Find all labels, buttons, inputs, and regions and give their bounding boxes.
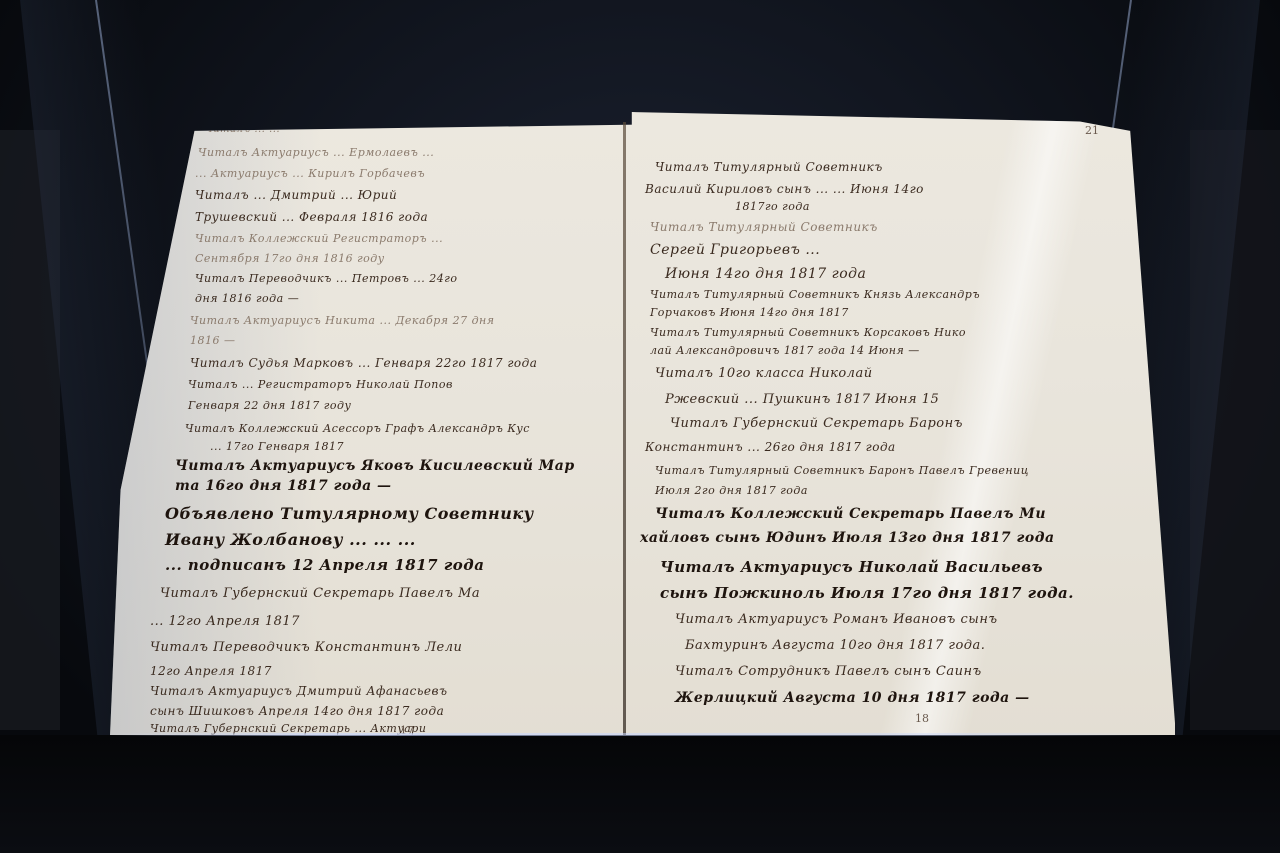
handwritten-line: сынъ Пожкиноль Июля 17го дня 1817 года. (660, 584, 1074, 602)
left-page-text: Читалъ ... ... Читалъ Актуариусъ ... Ерм… (110, 112, 638, 742)
handwritten-line: Июня 14го дня 1817 года (665, 266, 866, 282)
handwritten-line: Генваря 22 дня 1817 году (188, 399, 351, 412)
handwritten-line: Читалъ Губернский Секретарь Баронъ (670, 416, 963, 431)
glass-reflection-line (110, 733, 1170, 736)
handwritten-line: Читалъ Актуариусъ Яковъ Кисилевский Мар (175, 458, 575, 474)
handwritten-line: Читалъ Сотрудникъ Павелъ сынъ Саинъ (675, 664, 982, 679)
display-case-base (0, 735, 1280, 853)
handwritten-line: Читалъ Актуариусъ ... Ермолаевъ ... (198, 146, 434, 159)
handwritten-line: Читалъ 10го класса Николай (655, 366, 873, 381)
left-page: Читалъ ... ... Читалъ Актуариусъ ... Ерм… (110, 112, 638, 742)
handwritten-line: Читалъ Актуариусъ Никита ... Декабря 27 … (190, 314, 495, 327)
handwritten-line: Читалъ Актуариусъ Дмитрий Афанасьевъ (150, 684, 447, 698)
handwritten-line: Сентября 17го дня 1816 году (195, 252, 385, 265)
handwritten-line: Объявлено Титулярному Советнику (165, 504, 534, 523)
handwritten-line: Читалъ Титулярный Советникъ (650, 220, 878, 234)
open-manuscript-book: Читалъ ... ... Читалъ Актуариусъ ... Ерм… (105, 112, 1185, 742)
handwritten-line: Читалъ Коллежский Секретарь Павелъ Ми (655, 506, 1046, 522)
handwritten-line: Сергей Григорьевъ ... (650, 242, 820, 258)
handwritten-line: ... подписанъ 12 Апреля 1817 года (165, 556, 484, 574)
handwritten-line: 12го Апреля 1817 (150, 664, 272, 678)
handwritten-line: хайловъ сынъ Юдинъ Июля 13го дня 1817 го… (640, 530, 1055, 546)
handwritten-line: 1816 — (190, 334, 236, 347)
handwritten-line: Читалъ Судья Марковъ ... Генваря 22го 18… (190, 356, 537, 370)
handwritten-line: Горчаковъ Июня 14го дня 1817 (650, 306, 849, 319)
handwritten-line: Константинъ ... 26го дня 1817 года (645, 440, 896, 454)
handwritten-line: ... Актуариусъ ... Кирилъ Горбачевъ (195, 167, 425, 180)
handwritten-line: Читалъ ... ... (205, 124, 280, 135)
page-number: 18 (915, 712, 929, 725)
handwritten-line: Трушевский ... Февраля 1816 года (195, 210, 428, 224)
handwritten-line: Июля 2го дня 1817 года (655, 484, 808, 497)
handwritten-line: Читалъ Переводчикъ Константинъ Лели (150, 640, 462, 655)
handwritten-line: Читалъ Коллежский Регистраторъ ... (195, 232, 443, 245)
right-page: Читалъ Титулярный Советникъ Василий Кири… (615, 112, 1175, 742)
right-page-text: Читалъ Титулярный Советникъ Василий Кири… (615, 112, 1175, 742)
handwritten-line: Читалъ Переводчикъ ... Петровъ ... 24го (195, 272, 457, 285)
handwritten-line: Ржевский ... Пушкинъ 1817 Июня 15 (665, 392, 939, 407)
handwritten-line: дня 1816 года — (195, 292, 299, 305)
handwritten-line: Бахтуринъ Августа 10го дня 1817 года. (685, 638, 985, 653)
handwritten-line: Читалъ ... Регистраторъ Николай Попов (188, 378, 453, 391)
handwritten-line: Читалъ Актуариусъ Романъ Ивановъ сынъ (675, 612, 998, 627)
handwritten-line: ... 12го Апреля 1817 (150, 614, 300, 629)
book-gutter (623, 122, 626, 740)
handwritten-line: Василий Кириловъ сынъ ... ... Июня 14го (645, 182, 924, 196)
handwritten-line: Читалъ Актуариусъ Николай Васильевъ (660, 558, 1043, 576)
handwritten-line: Читалъ Коллежский Асессоръ Графъ Алексан… (185, 422, 530, 435)
corner-folio-mark: 21 (1085, 124, 1099, 137)
handwritten-line: та 16го дня 1817 года — (175, 478, 392, 494)
handwritten-line: Читалъ Титулярный Советникъ Корсаковъ Ни… (650, 326, 966, 339)
handwritten-line: ... 17го Генваря 1817 (210, 440, 344, 453)
handwritten-line: Жерлицкий Августа 10 дня 1817 года — (675, 690, 1030, 706)
handwritten-line: Читалъ Титулярный Советникъ (655, 160, 883, 174)
handwritten-line: Читалъ Титулярный Советникъ Баронъ Павел… (655, 464, 1029, 477)
handwritten-line: сынъ Шишковъ Апреля 14го дня 1817 года (150, 704, 444, 718)
handwritten-line: Ивану Жолбанову ... ... ... (165, 530, 416, 549)
handwritten-line: Читалъ Титулярный Советникъ Князь Алекса… (650, 288, 980, 301)
handwritten-line: лай Александровичъ 1817 года 14 Июня — (650, 344, 920, 357)
handwritten-line: Читалъ ... Дмитрий ... Юрий (195, 188, 397, 202)
handwritten-line: 1817го года (735, 200, 810, 213)
handwritten-line: Читалъ Губернский Секретарь Павелъ Ма (160, 586, 480, 601)
